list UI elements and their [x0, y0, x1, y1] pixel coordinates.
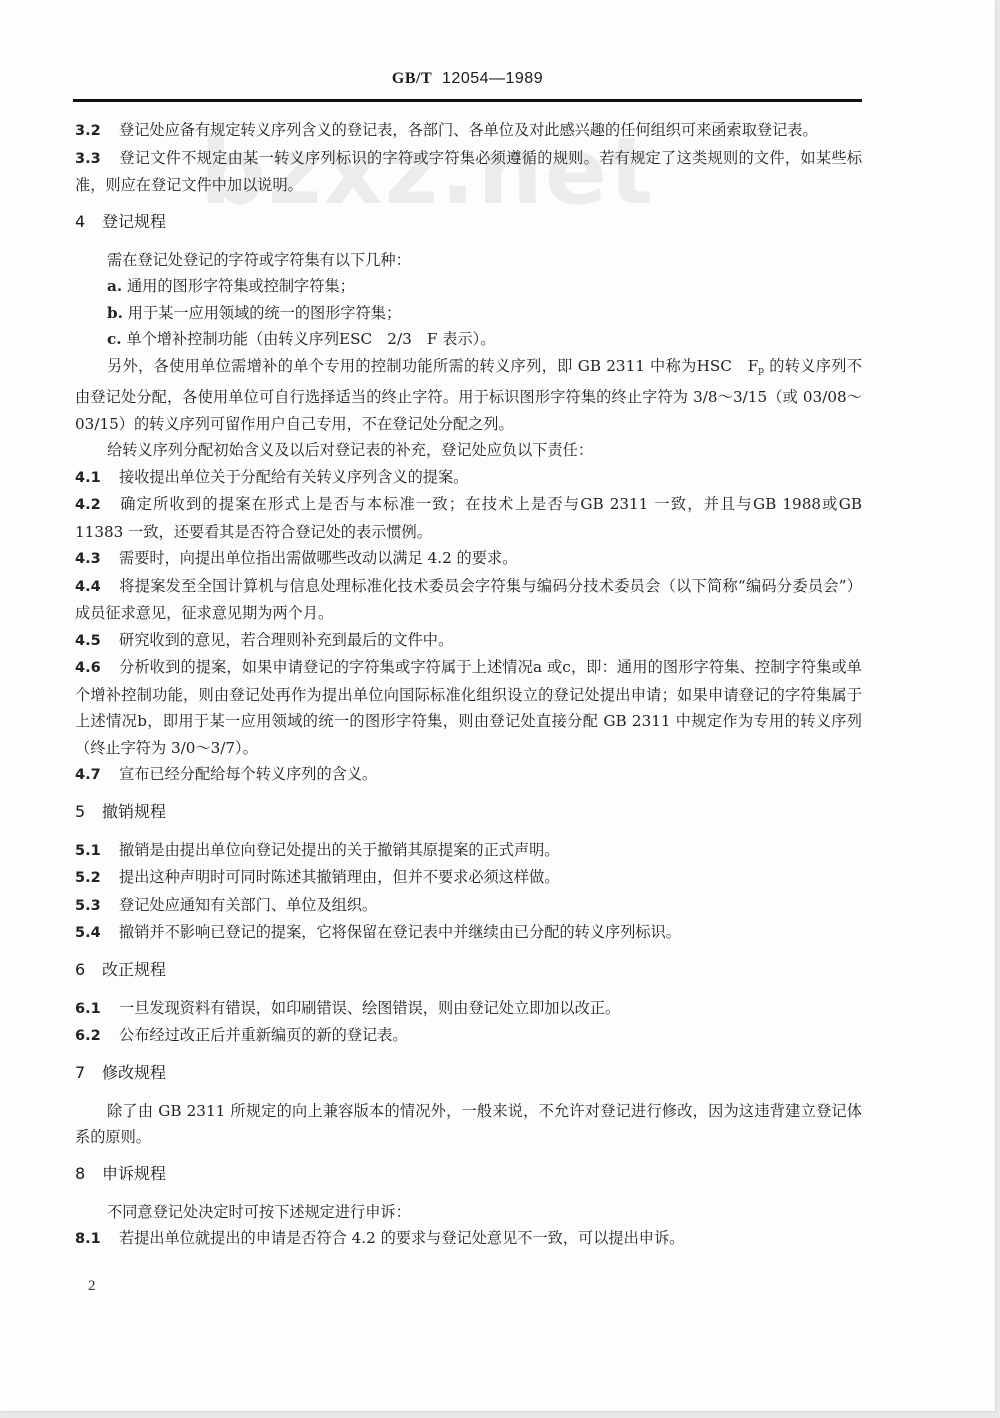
clause-3-2: 3.2登记处应备有规定转义序列含义的登记表，各部门、各单位及对此感兴趣的任何组织… — [75, 117, 862, 145]
section4-para1: 另外，各使用单位需增补的单个专用的控制功能所需的转义序列，即 GB 2311 中… — [75, 353, 862, 438]
clause-4-3: 4.3需要时，向提出单位指出需做哪些改动以满足 4.2 的要求。 — [75, 545, 862, 573]
clause-5-4: 5.4撤销并不影响已登记的提案，它将保留在登记表中并继续由已分配的转义序列标识。 — [75, 919, 862, 947]
standard-code: GB/T — [392, 70, 432, 87]
clause-8-1: 8.1若提出单位就提出的申请是否符合 4.2 的要求与登记处意见不一致，可以提出… — [75, 1225, 862, 1253]
clause-5-2: 5.2提出这种声明时可同时陈述其撤销理由，但并不要求必须这样做。 — [75, 864, 862, 892]
section8-intro: 不同意登记处决定时可按下述规定进行申诉： — [75, 1199, 862, 1226]
document-body: 3.2登记处应备有规定转义序列含义的登记表，各部门、各单位及对此感兴趣的任何组织… — [75, 117, 862, 1253]
clause-4-1: 4.1接收提出单位关于分配给有关转义序列含义的提案。 — [75, 464, 862, 492]
section4-intro: 需在登记处登记的字符或字符集有以下几种： — [75, 247, 862, 274]
document-page: bzxz.net GB/T 12054—1989 3.2登记处应备有规定转义序列… — [0, 0, 995, 1411]
list-item-c: c. 单个增补控制功能（由转义序列ESC 2/3 F 表示）。 — [75, 326, 862, 353]
section-heading-8: 8申诉规程 — [75, 1161, 862, 1187]
clause-5-1: 5.1撤销是由提出单位向登记处提出的关于撤销其原提案的正式声明。 — [75, 837, 862, 865]
section-heading-7: 7修改规程 — [75, 1060, 862, 1086]
section4-para2: 给转义序列分配初始含义及以后对登记表的补充，登记处应负以下责任： — [75, 437, 862, 464]
section-heading-4: 4登记规程 — [75, 209, 862, 235]
clause-6-2: 6.2公布经过改正后并重新编页的新的登记表。 — [75, 1022, 862, 1050]
standard-number: 12054—1989 — [442, 70, 543, 87]
clause-4-7: 4.7宣布已经分配给每个转义序列的含义。 — [75, 761, 862, 789]
section-heading-5: 5撤销规程 — [75, 799, 862, 825]
clause-4-6: 4.6分析收到的提案，如果申请登记的字符集或字符属于上述情况a 或c，即：通用的… — [75, 654, 862, 761]
clause-6-1: 6.1一旦发现资料有错误，如印刷错误、绘图错误，则由登记处立即加以改正。 — [75, 995, 862, 1023]
section7-para: 除了由 GB 2311 所规定的向上兼容版本的情况外，一般来说，不允许对登记进行… — [75, 1098, 862, 1151]
clause-4-2: 4.2确定所收到的提案在形式上是否与本标准一致；在技术上是否与GB 2311 一… — [75, 491, 862, 545]
list-item-a: a. 通用的图形字符集或控制字符集； — [75, 273, 862, 300]
page-header: GB/T 12054—1989 — [73, 70, 862, 88]
header-rule — [73, 99, 862, 102]
clause-4-5: 4.5研究收到的意见，若合理则补充到最后的文件中。 — [75, 627, 862, 655]
page-number: 2 — [88, 1278, 96, 1295]
list-item-b: b. 用于某一应用领域的统一的图形字符集； — [75, 300, 862, 327]
clause-5-3: 5.3登记处应通知有关部门、单位及组织。 — [75, 892, 862, 920]
section-heading-6: 6改正规程 — [75, 957, 862, 983]
clause-4-4: 4.4将提案发至全国计算机与信息处理标准化技术委员会字符集与编码分技术委员会（以… — [75, 573, 862, 627]
clause-3-3: 3.3登记文件不规定由某一转义序列标识的字符或字符集必须遵循的规则。若有规定了这… — [75, 145, 862, 199]
